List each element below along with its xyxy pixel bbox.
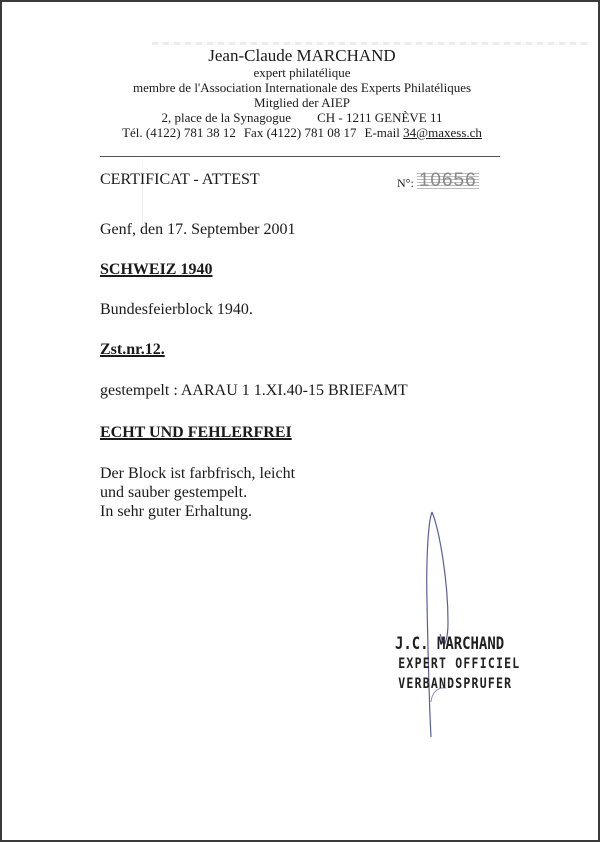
catalog-number: Zst.nr.12.	[100, 341, 165, 359]
remark-line: und sauber gestempelt.	[100, 483, 295, 502]
certificate-number-value: 10656	[417, 171, 479, 191]
membership-de: Mitglied der AIEP	[2, 95, 600, 110]
certificate-number-label: N°:	[397, 176, 414, 191]
telephone: Tél. (4122) 781 38 12	[122, 125, 236, 140]
street: 2, place de la Synagogue	[161, 110, 291, 125]
country-heading: SCHWEIZ 1940	[100, 261, 212, 279]
stamp-subtitle: VERBANDSPRUFER	[395, 674, 520, 694]
letterhead: Jean-Claude MARCHAND expert philatélique…	[2, 46, 600, 140]
certificate-title: CERTIFICAT - ATTEST	[100, 171, 260, 189]
membership: membre de l'Association Internationale d…	[2, 80, 600, 95]
cancellation: gestempelt : AARAU 1 1.XI.40-15 BRIEFAMT	[100, 382, 408, 400]
contact-line: Tél. (4122) 781 38 12Fax (4122) 781 08 1…	[2, 125, 600, 140]
verdict: ECHT UND FEHLERFREI	[100, 424, 292, 442]
expert-name: Jean-Claude MARCHAND	[2, 46, 600, 65]
email-label: E-mail	[365, 125, 400, 140]
issue-date: Genf, den 17. September 2001	[100, 221, 296, 239]
stamp-name: J.C. MARCHAND	[395, 634, 520, 654]
expert-stamp: J.C. MARCHAND EXPERT OFFICIEL VERBANDSPR…	[395, 634, 548, 694]
header-divider	[100, 156, 500, 157]
remarks: Der Block ist farbfrisch, leicht und sau…	[100, 464, 295, 521]
expert-title: expert philatélique	[2, 65, 600, 80]
certificate-page: Jean-Claude MARCHAND expert philatélique…	[0, 0, 600, 842]
scan-artifact	[152, 42, 592, 45]
handwritten-signature	[402, 502, 522, 742]
remark-line: Der Block ist farbfrisch, leicht	[100, 464, 295, 483]
city: CH - 1211 GENÈVE 11	[317, 110, 442, 125]
email-link[interactable]: 34@maxess.ch	[403, 125, 482, 140]
fax: Fax (4122) 781 08 17	[244, 125, 357, 140]
issue-name: Bundesfeierblock 1940.	[100, 301, 253, 319]
remark-line: In sehr guter Erhaltung.	[100, 502, 295, 521]
certificate-number: N°: 10656	[397, 171, 479, 191]
stamp-title: EXPERT OFFICIEL	[395, 654, 520, 674]
address: 2, place de la SynagogueCH - 1211 GENÈVE…	[2, 110, 600, 125]
